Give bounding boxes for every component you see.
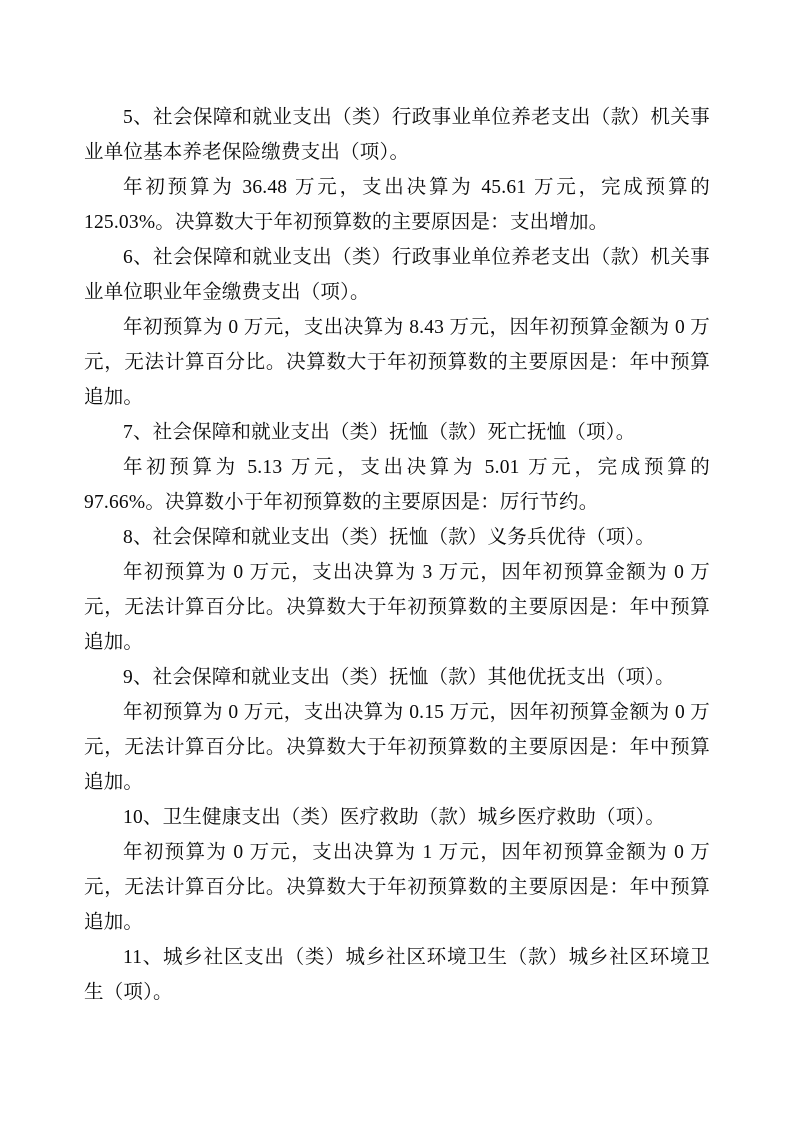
paragraph-item-6-title: 6、社会保障和就业支出（类）行政事业单位养老支出（款）机关事业单位职业年金缴费支… bbox=[84, 240, 710, 310]
document-page: 5、社会保障和就业支出（类）行政事业单位养老支出（款）机关事业单位基本养老保险缴… bbox=[0, 0, 793, 1122]
paragraph-item-7-title: 7、社会保障和就业支出（类）抚恤（款）死亡抚恤（项）。 bbox=[84, 415, 710, 450]
paragraph-item-10-title: 10、卫生健康支出（类）医疗救助（款）城乡医疗救助（项）。 bbox=[84, 800, 710, 835]
document-text-block: 5、社会保障和就业支出（类）行政事业单位养老支出（款）机关事业单位基本养老保险缴… bbox=[84, 100, 710, 1010]
paragraph-item-9-title: 9、社会保障和就业支出（类）抚恤（款）其他优抚支出（项）。 bbox=[84, 660, 710, 695]
paragraph-item-11-title: 11、城乡社区支出（类）城乡社区环境卫生（款）城乡社区环境卫生（项）。 bbox=[84, 940, 710, 1010]
paragraph-item-10-detail: 年初预算为 0 万元，支出决算为 1 万元，因年初预算金额为 0 万元，无法计算… bbox=[84, 835, 710, 940]
paragraph-item-9-detail: 年初预算为 0 万元，支出决算为 0.15 万元，因年初预算金额为 0 万元，无… bbox=[84, 695, 710, 800]
paragraph-item-8-title: 8、社会保障和就业支出（类）抚恤（款）义务兵优待（项）。 bbox=[84, 520, 710, 555]
paragraph-item-8-detail: 年初预算为 0 万元，支出决算为 3 万元，因年初预算金额为 0 万元，无法计算… bbox=[84, 555, 710, 660]
paragraph-item-6-detail: 年初预算为 0 万元，支出决算为 8.43 万元，因年初预算金额为 0 万元，无… bbox=[84, 310, 710, 415]
paragraph-item-5-title: 5、社会保障和就业支出（类）行政事业单位养老支出（款）机关事业单位基本养老保险缴… bbox=[84, 100, 710, 170]
paragraph-item-7-detail: 年初预算为 5.13 万元，支出决算为 5.01 万元，完成预算的 97.66%… bbox=[84, 450, 710, 520]
paragraph-item-5-detail: 年初预算为 36.48 万元，支出决算为 45.61 万元，完成预算的 125.… bbox=[84, 170, 710, 240]
